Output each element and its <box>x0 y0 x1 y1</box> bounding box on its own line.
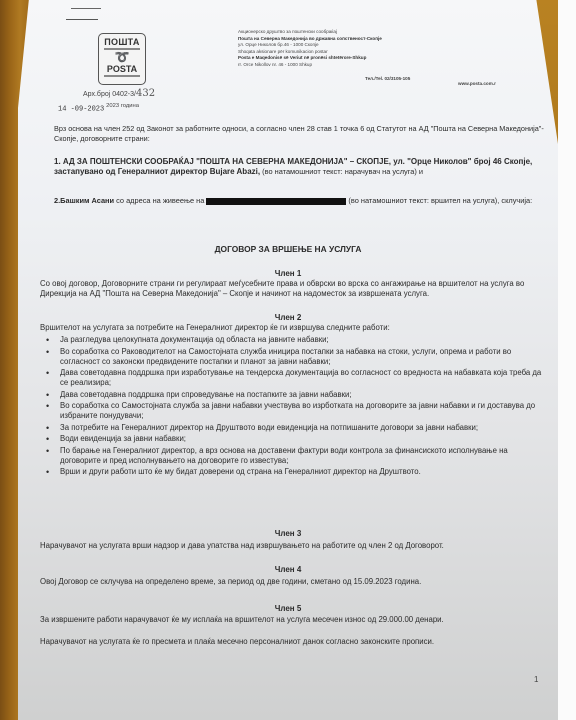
list-item: Во соработка со Раководителот на Самосто… <box>42 347 548 367</box>
list-item: По барање на Генералниот директор, а врз… <box>42 446 548 466</box>
article-4-heading: Член 4 <box>18 565 558 574</box>
archive-date: 14 -09-2023 2023 година <box>58 103 139 113</box>
date-stamp: 14 -09-2023 <box>58 105 104 113</box>
duties-list: Ја разгледува целокупната документација … <box>42 335 548 479</box>
list-item: Дава советодавна поддршка при изработува… <box>42 368 548 388</box>
contract-page: ПОШТА ➰ POSTA Акционерско друштво за пош… <box>18 0 558 720</box>
article-1-heading: Член 1 <box>18 269 558 278</box>
pen-mark <box>66 19 98 20</box>
article-5-text-2: Нарачувачот на услугата ќе го пресмета и… <box>40 637 548 647</box>
party-two: 2.Башким Асани со адреса на живеење на (… <box>54 196 559 206</box>
list-item: Води евиденција за јавни набавки; <box>42 434 548 444</box>
archive-number: Арх.број 0402-3/432 <box>83 88 155 99</box>
article-2-heading: Член 2 <box>18 313 558 322</box>
website-link: www.posta.com.r <box>458 81 496 86</box>
list-item: Во соработка со Самостојната служба за ј… <box>42 401 548 421</box>
list-item: Дава советодавна поддршка при спроведува… <box>42 390 548 400</box>
article-5-text: За извршените работи нарачувачот ќе му и… <box>40 615 548 625</box>
list-item: Ја разгледува целокупната документација … <box>42 335 548 345</box>
logo-text-cyrillic: ПОШТА <box>99 37 145 47</box>
white-border <box>558 0 576 720</box>
contract-title: ДОГОВОР ЗА ВРШЕЊЕ НА УСЛУГА <box>18 244 558 254</box>
redacted-address <box>206 198 346 205</box>
article-1-text: Со овој договор, Договорните страни ги р… <box>40 279 548 299</box>
article-5-heading: Член 5 <box>18 604 558 613</box>
post-horn-icon: ➰ <box>99 51 145 63</box>
party-one: 1. АД ЗА ПОШТЕНСКИ СООБРАЌАЈ "ПОШТА НА С… <box>54 157 559 177</box>
article-2-text: Вршителот на услугата за потребите на Ге… <box>40 323 548 333</box>
phone-number: Тел./Tel. 02/3105-105 <box>365 76 410 81</box>
pen-mark <box>71 8 101 9</box>
logo-text-latin: POSTA <box>99 64 145 74</box>
article-3-heading: Член 3 <box>18 529 558 538</box>
company-address-block: Акционерско друштво за поштенски сообраќ… <box>238 29 498 69</box>
list-item: За потребите на Генералниот директор на … <box>42 423 548 433</box>
article-4-text: Овој Договор се склучува на определено в… <box>40 577 548 587</box>
intro-paragraph: Врз основа на член 252 од Законот за раб… <box>54 124 559 144</box>
article-3-text: Нарачувачот на услугата врши надзор и да… <box>40 541 548 551</box>
handwritten-number: 432 <box>136 88 155 99</box>
posta-logo: ПОШТА ➰ POSTA <box>98 33 146 85</box>
page-number: 1 <box>534 675 538 684</box>
list-item: Врши и други работи што ќе му бидат дове… <box>42 467 548 477</box>
